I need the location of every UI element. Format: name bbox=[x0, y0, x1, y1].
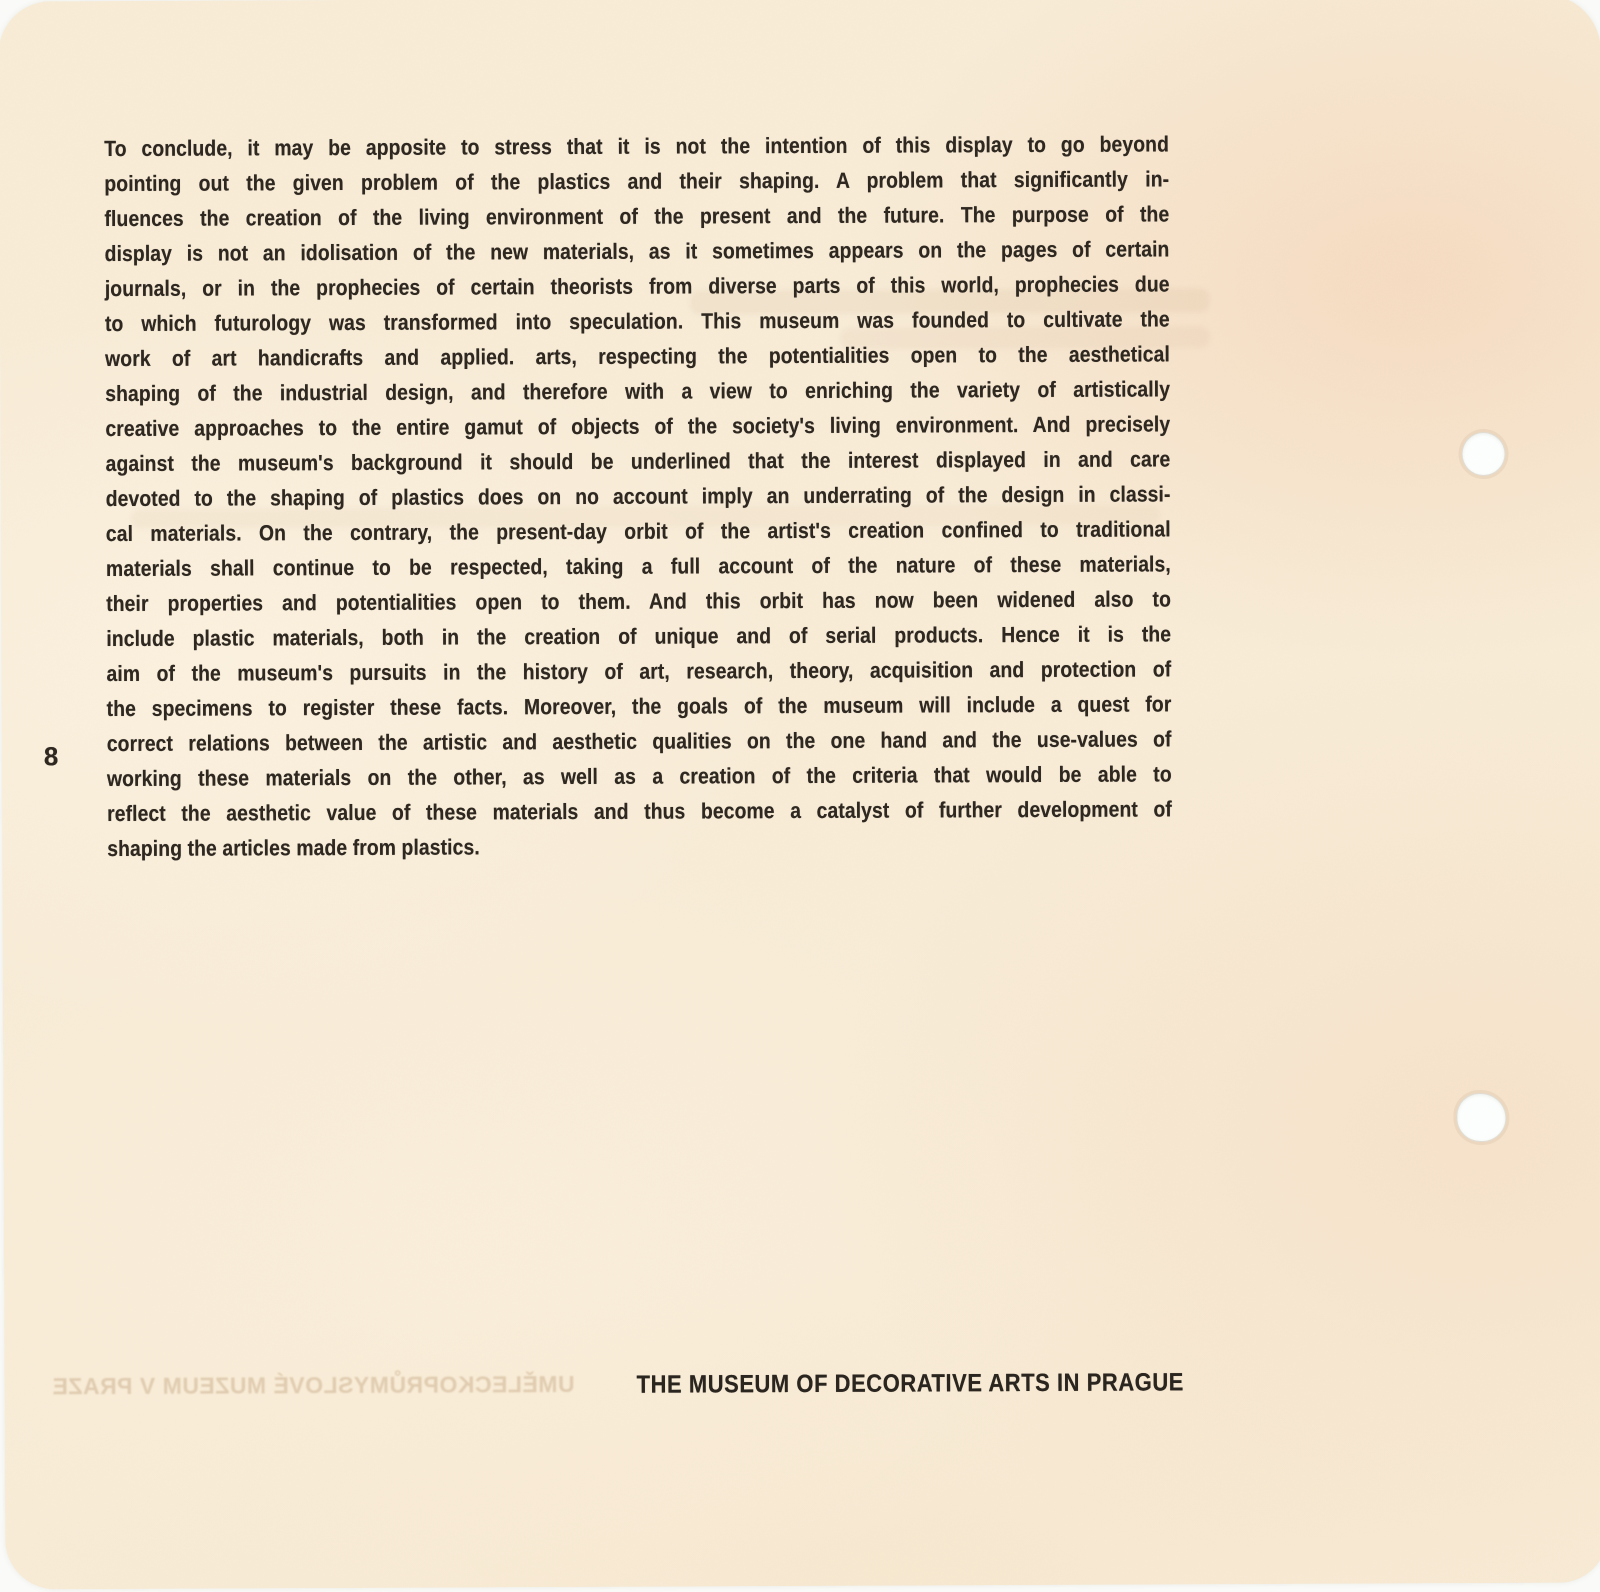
paragraph-line: materials shall continue to be respected… bbox=[106, 546, 1171, 586]
punch-hole bbox=[1461, 432, 1505, 476]
paragraph-line: shaping the articles made from plastics. bbox=[107, 826, 1172, 866]
paragraph-line: aim of the museum's pursuits in the hist… bbox=[106, 651, 1171, 691]
paragraph-line: fluences the creation of the living envi… bbox=[104, 196, 1169, 236]
paragraph-line: the specimens to register these facts. M… bbox=[107, 686, 1172, 726]
paragraph-line: reflect the aesthetic value of these mat… bbox=[107, 791, 1172, 831]
paragraph-line: include plastic materials, both in the c… bbox=[106, 616, 1171, 656]
paragraph-line: creative approaches to the entire gamut … bbox=[105, 406, 1170, 446]
paragraph-line: To conclude, it may be apposite to stres… bbox=[104, 126, 1169, 166]
paragraph-line: their properties and potentialities open… bbox=[106, 581, 1171, 621]
paragraph-line: pointing out the given problem of the pl… bbox=[104, 161, 1169, 201]
paragraph-line: work of art handicrafts and applied. art… bbox=[105, 336, 1170, 376]
footer-title: THE MUSEUM OF DECORATIVE ARTS IN PRAGUE bbox=[637, 1368, 1200, 1399]
paragraph: To conclude, it may be apposite to stres… bbox=[104, 126, 1172, 866]
paragraph-line: to which futurology was transformed into… bbox=[105, 301, 1170, 341]
paragraph-line: cal materials. On the contrary, the pres… bbox=[106, 511, 1171, 551]
paragraph-line: shaping of the industrial design, and th… bbox=[105, 371, 1170, 411]
paragraph-line: working these materials on the other, as… bbox=[107, 756, 1172, 796]
scanned-page: To conclude, it may be apposite to stres… bbox=[0, 0, 1600, 1589]
paragraph-line: devoted to the shaping of plastics does … bbox=[106, 476, 1171, 516]
paragraph-line: correct relations between the artistic a… bbox=[107, 721, 1172, 761]
paragraph-line: journals, or in the prophecies of certai… bbox=[105, 266, 1170, 306]
bleedthrough-footer-text: UMĚLECKOPRŮMYSLOVÉ MUZEUM V PRAZE bbox=[97, 1367, 575, 1403]
paragraph-line: display is not an idolisation of the new… bbox=[105, 231, 1170, 271]
punch-hole bbox=[1456, 1093, 1506, 1142]
page-number: 8 bbox=[44, 741, 59, 772]
paragraph-line: against the museum's background it shoul… bbox=[105, 441, 1170, 481]
